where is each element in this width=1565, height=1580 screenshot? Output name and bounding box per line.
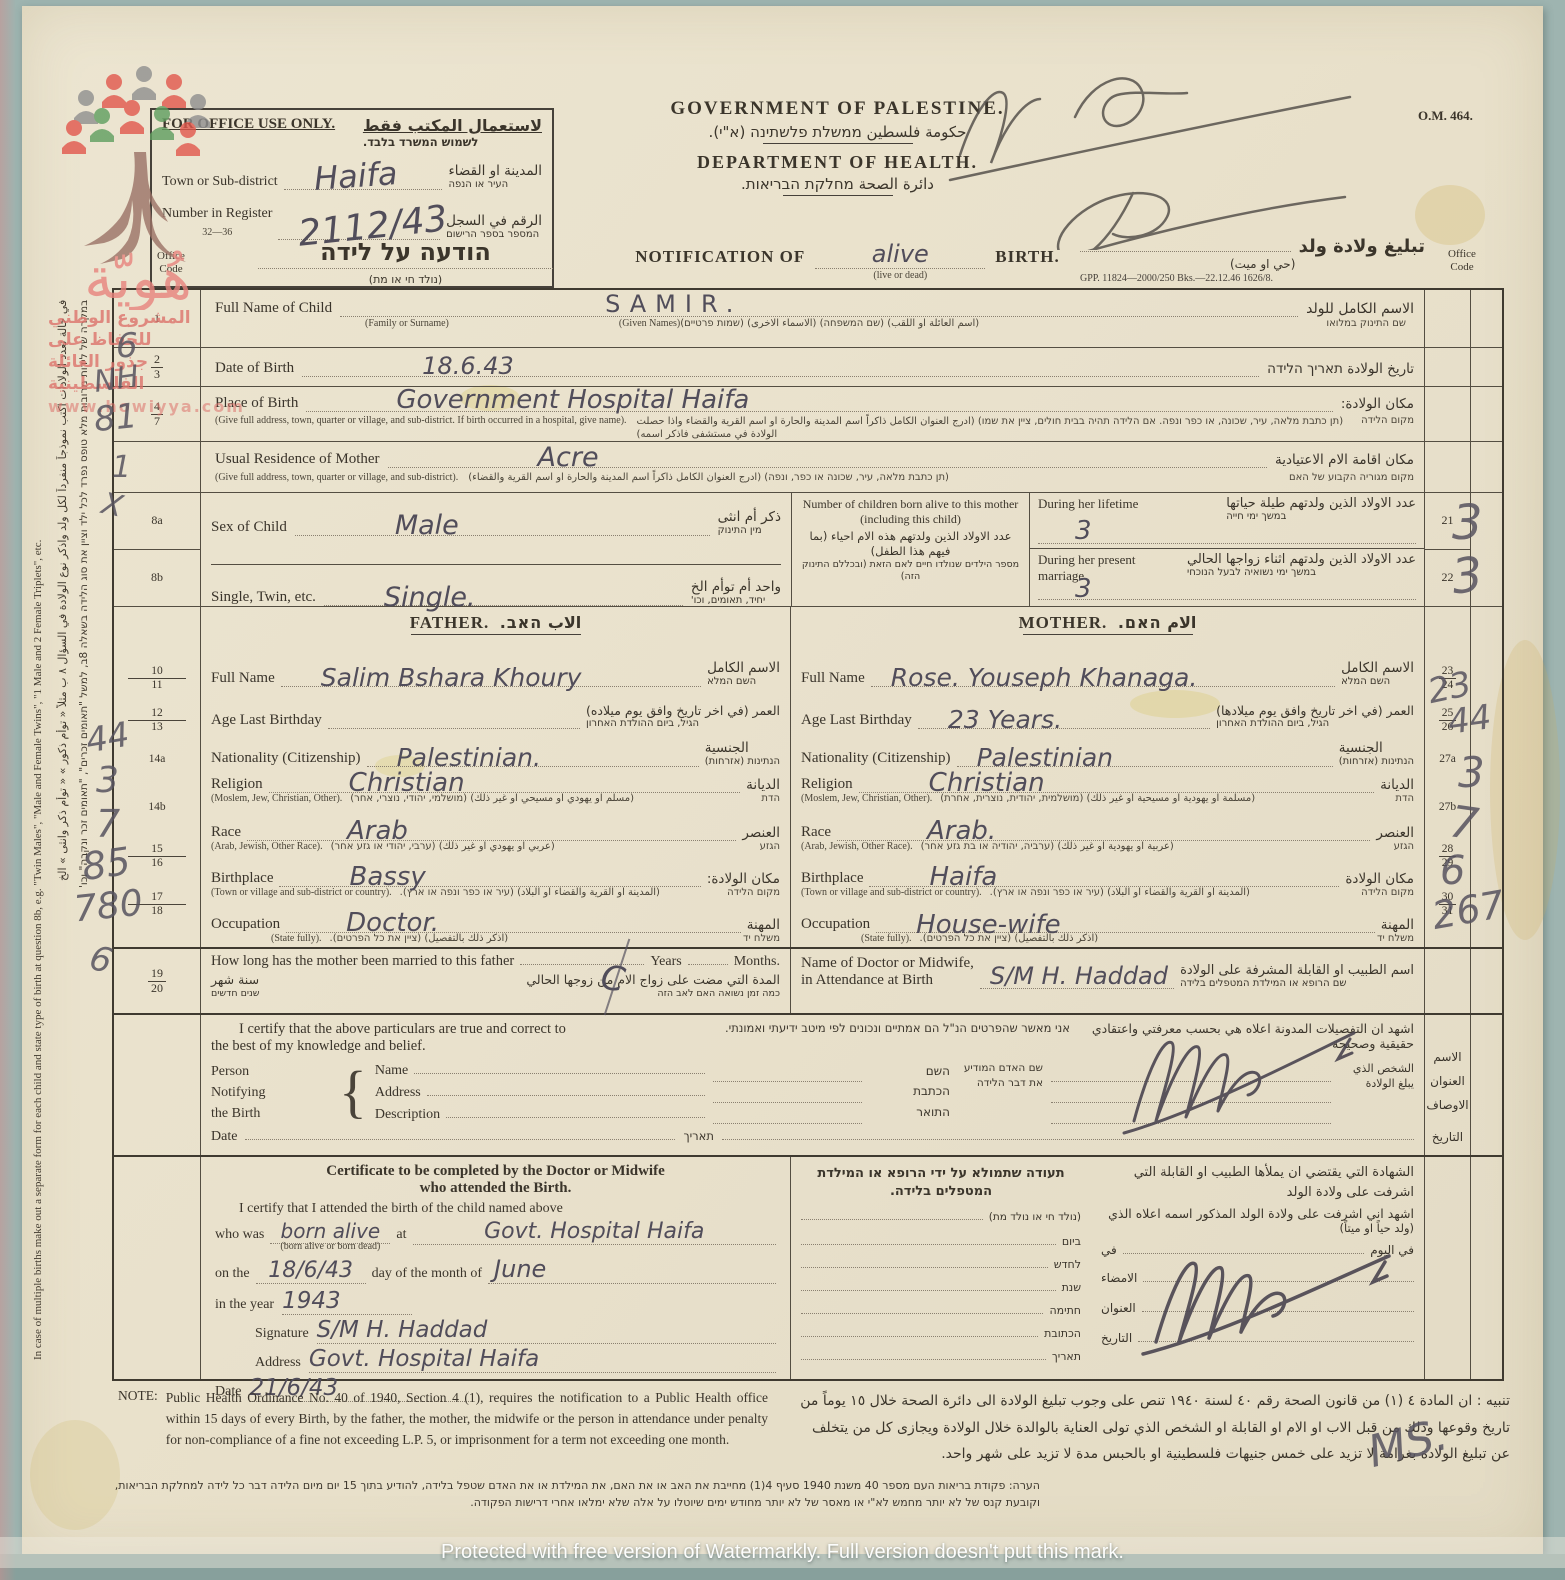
code-8a: 8a <box>151 514 162 528</box>
certificate-month-handwritten: June <box>494 1255 546 1283</box>
row-date-of-birth: 23 Date of Birth 18.6.43 تاريخ الولادة ת… <box>114 347 1502 386</box>
residence-field: Acre <box>388 451 1267 468</box>
lifetime-label-he: במשך ימי חייה <box>1226 511 1416 522</box>
father-religion-handwritten: Christian <box>349 768 465 798</box>
notifier-date-ar: التاريخ <box>1425 1131 1470 1144</box>
father-name-label: Full Name <box>211 670 275 687</box>
givenname-sub: (Given Names) <box>619 318 680 329</box>
marriage-units-ar: سنة شهر <box>211 972 259 987</box>
row-full-name-of-child: 1 Full Name of Child SAMIR. الاسم الكامل… <box>114 290 1502 347</box>
single-twin-label-he: יחיד, תאומים, וכו' <box>691 595 781 606</box>
certificate-signature-handwritten: S/M H. Haddad <box>317 1317 488 1343</box>
office-box-title-ar: لاستعمال المكتب فقط <box>363 116 542 135</box>
father-nationality-label: Nationality (Citizenship) <box>211 750 361 767</box>
residence-label-he: מקום מגוריה הקבוע של האם <box>1289 472 1414 483</box>
doctor-signature-scribble <box>1131 1242 1401 1362</box>
father-column: FATHER. الاب האב. Full Name Salim Bshara… <box>201 607 791 947</box>
father-religion-label: Religion <box>211 776 263 793</box>
margin-mark: 6 <box>1440 848 1465 894</box>
notification-ar-sub: (حي او ميت) <box>1080 257 1425 271</box>
residence-label-ar: مكان اقامة الام الاعتيادية <box>1275 452 1414 468</box>
single-twin-label-ar: واحد أم توأم الخ <box>691 579 781 595</box>
residence-handwritten: Acre <box>538 442 599 473</box>
certificate-title-he: תעודה שתמולא על ידי הרופא או המילדת המטפ… <box>801 1165 1081 1201</box>
header-handwritten-scribble <box>925 55 1365 250</box>
full-name-label-he: שם התינוק במלואו <box>1326 318 1406 329</box>
mother-religion-label: Religion <box>801 776 853 793</box>
margin-mark: NH <box>92 359 141 400</box>
child-name-handwritten: SAMIR. <box>605 290 742 318</box>
person-brace: { <box>339 1061 367 1127</box>
marriage-units-he: שנים חדשים <box>211 988 260 999</box>
children-heading-ar: عدد الاولاد الذين ولدتهم هذه الام احياء … <box>800 529 1021 559</box>
full-name-label-ar: الاسم الكامل للولد <box>1306 301 1414 317</box>
sex-label-ar: ذكر أم انثى <box>718 509 781 525</box>
mother-birthplace-label: Birthplace <box>801 870 863 887</box>
marriage-label-he: במשך ימי נשואיה לבעל הנוכחי <box>1187 567 1416 578</box>
people-figures <box>62 66 210 156</box>
mother-race-handwritten: Arab. <box>927 816 996 846</box>
certificate-place-handwritten: Govt. Hospital Haifa <box>484 1219 704 1244</box>
father-birthplace-label: Birthplace <box>211 870 273 887</box>
margin-note-english: In case of multiple births make out a se… <box>32 300 44 1360</box>
children-marriage-cell: During her present marriage عدد الاولاد … <box>1030 549 1424 604</box>
certificate-hebrew-column: תעודה שתמולא על ידי הרופא או המילדת המטפ… <box>791 1157 1091 1379</box>
father-birthplace-handwritten: Bassy <box>349 862 425 892</box>
family-tree-logo-icon: هُويّة <box>48 60 228 310</box>
name-sub-rtl: (اسم العائلة او اللقب) (שם המשפחה) (الاس… <box>680 318 1326 329</box>
row-usual-residence: Usual Residence of Mother Acre مكان اقام… <box>114 441 1502 492</box>
date-of-birth-handwritten: 18.6.43 <box>422 352 514 380</box>
doctor-name-handwritten: S/M H. Haddad <box>990 962 1168 990</box>
scan-edge-tint <box>0 0 16 1580</box>
surname-sub: (Family or Surname) <box>365 318 449 329</box>
logo-tagline-line1: المشروع الوطني للحفاظ على <box>48 307 228 351</box>
children-lifetime-cell: During her lifetime عدد الاولاد الذين ول… <box>1030 493 1424 549</box>
notifier-date-label: Date <box>211 1129 237 1145</box>
sex-of-child-label: Sex of Child <box>211 519 287 536</box>
single-twin-label: Single, Twin, etc. <box>211 589 316 606</box>
father-race-handwritten: Arab <box>347 816 408 846</box>
town-field: Haifa <box>284 173 443 190</box>
full-name-label: Full Name of Child <box>215 300 332 317</box>
notification-title-hebrew: הודעה על לידה (נולד חי או מת) <box>248 238 563 288</box>
certificate-arabic-column: الشهادة التي يقتضي ان يملأها الطبيب او ا… <box>1091 1157 1424 1379</box>
lifetime-label-en: During her lifetime <box>1038 496 1138 512</box>
notification-he-text: הודעה על לידה <box>320 238 491 266</box>
register-label-ar: الرقم في السجل <box>446 213 542 229</box>
sex-handwritten: Male <box>395 510 459 541</box>
notifier-description-label: Description <box>375 1107 440 1123</box>
marriage-label-ar: عدد الاولاد الذين ولدتهم اثناء زواجها ال… <box>1187 552 1416 567</box>
margin-mark: 3 <box>1452 495 1483 551</box>
note-label: NOTE: <box>118 1388 158 1468</box>
notifier-person-he: שם האדם המודיע את דבר הלידה <box>958 1061 1043 1127</box>
doctor-label-1: Name of Doctor or Midwife, <box>801 955 974 972</box>
certificate-title-1: Certificate to be completed by the Docto… <box>215 1163 776 1180</box>
place-of-birth-handwritten: Government Hospital Haifa <box>396 385 749 415</box>
place-of-birth-field: Government Hospital Haifa <box>306 395 1332 412</box>
certify-text-en-1: I certify that the above particulars are… <box>211 1021 711 1038</box>
mother-age-label: Age Last Birthday <box>801 712 912 729</box>
certificate-body-ar: اشهد اني اشرفت على ولادة الولد المذكور ا… <box>1101 1206 1414 1221</box>
residence-instructions-rtl: (תן כתבת מלאה, עיר, שכונה או כפר, ונפה) … <box>468 472 1279 483</box>
watermarkly-bar: Protected with free version of Watermark… <box>0 1537 1565 1568</box>
row-marriage-doctor: 1920 How long has the mother been marrie… <box>114 947 1502 1013</box>
notifier-address-label: Address <box>375 1085 421 1101</box>
watermarkly-text: Protected with free version of Watermark… <box>441 1541 1124 1564</box>
father-race-label: Race <box>211 824 241 841</box>
certificate-address-handwritten: Govt. Hospital Haifa <box>309 1346 539 1372</box>
place-instructions-en: (Give full address, town, quarter or vil… <box>215 415 627 428</box>
years-label: Years <box>650 954 681 970</box>
notifier-description-ar: الاوصاف <box>1425 1099 1470 1112</box>
sex-field: Male <box>295 519 710 536</box>
certificate-year-handwritten: 1943 <box>282 1288 341 1314</box>
scanned-birth-certificate: هُويّة المشروع الوطني للحفاظ على جذور ال… <box>0 0 1565 1580</box>
certificate-address-label: Address <box>255 1355 301 1371</box>
notification-live-dead-sub: (live or dead) <box>815 270 985 281</box>
doctor-label-ar: اسم الطبيب او القابلة المشرفة على الولاد… <box>1180 963 1414 978</box>
father-title: FATHER. <box>410 613 490 632</box>
form-reference-number: O.M. 464. <box>1418 108 1473 124</box>
children-heading-en: Number of children born alive to this mo… <box>800 497 1021 527</box>
row-sex-and-children: 8a 8b Sex of Child Male ذكر <box>114 492 1502 606</box>
notifier-signature-scribble <box>1114 1021 1364 1141</box>
person-notifying-label: Person Notifying the Birth <box>211 1061 331 1127</box>
margin-note-hebrew: במקרה של לידות מרובות מלא טופס נפרד לכל … <box>78 300 90 1360</box>
notifier-date-he: תאריך <box>683 1129 714 1143</box>
children-heading-he: מספר הילדים שנולדו חיים לאם הזאת (ובכללם… <box>800 559 1021 583</box>
notifier-address-ar: العنوان <box>1425 1075 1470 1088</box>
town-label-he: העיר או הנפה <box>448 179 542 190</box>
header-divider <box>763 143 913 144</box>
mother-title: MOTHER. <box>1019 613 1108 632</box>
certificate-body-1: I certify that I attended the birth of t… <box>215 1201 776 1217</box>
code-14b: 14b <box>114 801 200 814</box>
months-label: Months. <box>734 954 780 970</box>
mother-religion-handwritten: Christian <box>929 768 1045 798</box>
born-alive-handwritten: born alive <box>281 1219 381 1243</box>
single-twin-field: Single. <box>324 589 683 606</box>
marriage-duration-cell: How long has the mother been married to … <box>201 949 791 1013</box>
date-of-birth-field: 18.6.43 <box>302 360 1259 377</box>
mother-title-rtl: الام האם. <box>1118 613 1197 632</box>
certificate-english-column: Certificate to be completed by the Docto… <box>201 1157 791 1379</box>
mother-occupation-handwritten: House-wife <box>916 910 1061 940</box>
note-text-he: הערה: פקודת בריאות העם מספר 40 משנת 1940… <box>80 1478 1040 1511</box>
lifetime-label-ar: عدد الاولاد الذين ولدتهم طيلة حياتها <box>1226 496 1416 511</box>
marriage-duration-ar: المدة التي مضت على زواج الام من زوجها ال… <box>526 972 780 987</box>
doctor-midwife-cell: Name of Doctor or Midwife, in Attendance… <box>791 949 1424 1013</box>
marriage-duration-he: כמה זמן נשואה האם לאב הזה <box>657 988 780 999</box>
place-instructions-rtl: (תן כתבת מלאה, עיר, שכונה, או כפר ונפה. … <box>637 415 1352 441</box>
marriage-duration-label: How long has the mother been married to … <box>211 953 514 970</box>
full-name-field: SAMIR. <box>340 300 1298 317</box>
notifier-name-label: Name <box>375 1063 408 1079</box>
father-title-rtl: الاب האב. <box>500 613 582 632</box>
certificate-birthdate-handwritten: 18/6/43 <box>268 1258 353 1283</box>
residence-instructions-en: (Give full address, town, quarter or vil… <box>215 472 458 483</box>
mother-column: MOTHER. الام האם. Full Name Rose. Yousep… <box>791 607 1424 947</box>
mother-nationality-label: Nationality (Citizenship) <box>801 750 951 767</box>
margin-mark: 85 <box>79 839 133 889</box>
code-8b: 8b <box>151 571 163 585</box>
notification-he-sub: (נולד חי או מת) <box>369 273 442 286</box>
mother-birthplace-handwritten: Haifa <box>929 862 997 892</box>
children-count-heading: Number of children born alive to this mo… <box>791 493 1029 606</box>
section-notifier-certification: I certify that the above particulars are… <box>114 1013 1502 1155</box>
notifier-labels-he: השם הכתבת התואר <box>870 1061 950 1127</box>
row-place-of-birth: 47 Place of Birth Government Hospital Ha… <box>114 386 1502 441</box>
residence-label: Usual Residence of Mother <box>215 451 380 468</box>
margin-mark: 3 <box>96 760 119 801</box>
margin-mark: 44 <box>83 715 133 762</box>
certificate-title-2: who attended the Birth. <box>215 1180 776 1197</box>
margin-mark: 780 <box>72 883 145 931</box>
birth-notification-form: 1 Full Name of Child SAMIR. الاسم الكامل… <box>112 288 1504 1381</box>
doctor-label-he: שם הרופא או המילדת המטפלים בלידה <box>1180 978 1414 989</box>
certificate-title-ar: الشهادة التي يقتضي ان يملأها الطبيب او ا… <box>1101 1163 1414 1202</box>
doctor-label-2: in Attendance at Birth <box>801 972 974 989</box>
margin-mark: 1 <box>112 450 131 485</box>
logo-url: www.howiyya.com <box>48 397 228 416</box>
town-value-handwritten: Haifa <box>312 154 398 198</box>
note-text-en: Public Health Ordinance No. 40 of 1940, … <box>166 1388 768 1468</box>
father-occupation-handwritten: Doctor. <box>346 908 439 938</box>
margin-mark: 44 <box>1445 697 1493 743</box>
margin-mark: 3 <box>1458 748 1485 797</box>
howiyya-brand-arabic: هُويّة <box>84 244 192 310</box>
marriage-label-en: During her present marriage <box>1038 552 1158 583</box>
section-doctor-certificate: Certificate to be completed by the Docto… <box>114 1155 1502 1379</box>
mother-name-label: Full Name <box>801 670 865 687</box>
certify-text-he: אני מאשר שהפרטים הנ"ל הם אמתיים ונכונים … <box>725 1021 1070 1055</box>
notifier-name-ar: الاسم <box>1425 1051 1470 1064</box>
office-code-label-right: OfficeCode <box>1437 248 1487 274</box>
section-father-mother: 1011 1213 14a 14b 1516 1718 FATHER. الاب… <box>114 606 1502 947</box>
sex-label-he: מין התינוק <box>718 525 781 536</box>
printer-reference: GPP. 11824—2000/250 Bks.—22.12.46 1626/8… <box>1080 273 1425 284</box>
header-divider <box>783 195 893 196</box>
notification-suffix: BIRTH. <box>995 247 1059 267</box>
margin-mark: 3 <box>1449 547 1485 606</box>
footer-note: NOTE: Public Health Ordinance No. 40 of … <box>118 1388 1510 1468</box>
notification-value-handwritten: alive <box>872 240 929 268</box>
father-occupation-label: Occupation <box>211 916 280 933</box>
date-of-birth-label-rtl: تاريخ الولادة תאריך הלידה <box>1267 361 1414 377</box>
howiyya-watermark-logo: هُويّة المشروع الوطني للحفاظ على جذور ال… <box>48 60 228 370</box>
father-age-label: Age Last Birthday <box>211 712 322 729</box>
place-of-birth-label-ar: مكان الولادة: <box>1341 396 1414 412</box>
mother-race-label: Race <box>801 824 831 841</box>
certificate-born-ar: (ولد حياً او ميتاً) <box>1101 1221 1414 1235</box>
code-19-20: 1920 <box>148 967 166 996</box>
place-of-birth-label-he: מקום הלידה <box>1361 415 1414 426</box>
lifetime-value-handwritten: 3 <box>1075 516 1092 546</box>
margin-mark: 81 <box>92 396 139 440</box>
notification-prefix: NOTIFICATION OF <box>635 247 805 267</box>
town-label-ar: المدينة او القضاء <box>448 163 542 179</box>
certificate-signature-label: Signature <box>255 1326 309 1342</box>
mother-occupation-label: Occupation <box>801 916 870 933</box>
certify-text-en-2: the best of my knowledge and belief. <box>211 1038 711 1055</box>
code-10-11: 1011 <box>114 665 200 691</box>
margin-note-arabic: في حالة تعدد الولادات اكتب نموذجاً منفرد… <box>56 300 69 1360</box>
office-box-title-he: לשמוש המשרד בלבד. <box>363 135 542 149</box>
certify-text-ar-wrap: اشهد ان التفصيلات المدونة اعلاه هي بحسب … <box>1084 1021 1414 1055</box>
